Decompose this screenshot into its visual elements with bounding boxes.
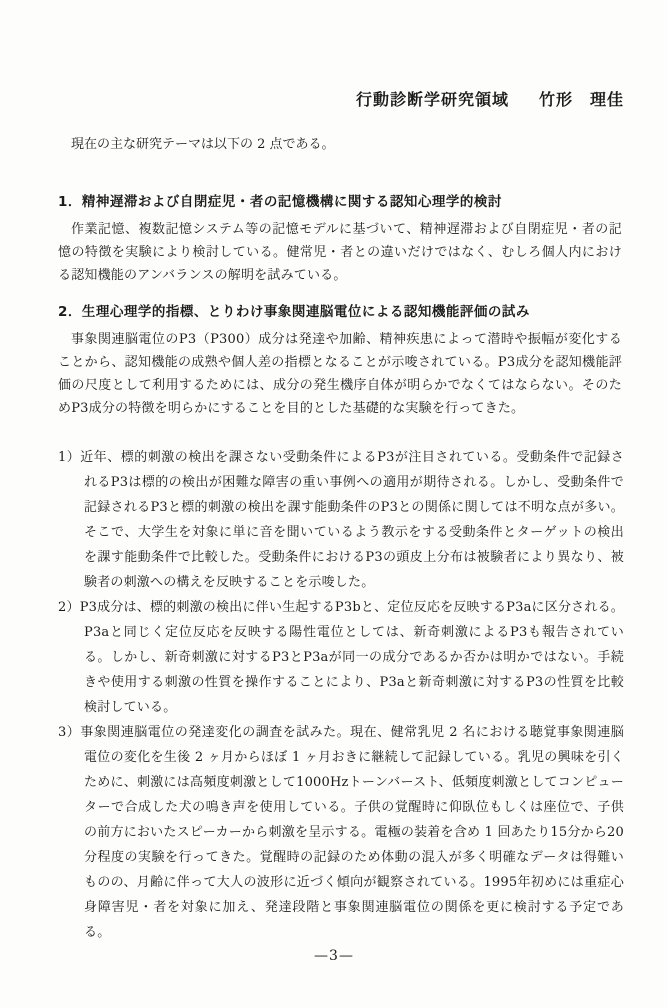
experiment-2-text: P3成分は、標的刺激の検出に伴い生起するP3bと、定位反応を反映するP3aに区分… <box>80 600 624 715</box>
page-number: —3— <box>0 948 668 964</box>
experiment-item-3: 3）事象関連脳電位の発達変化の調査を試みた。現在、健常乳児 2 名における聴覚事… <box>58 720 624 945</box>
document-header: 行動診断学研究領域竹形 理佳 <box>0 90 624 110</box>
experiment-item-1: 1）近年、標的刺激の検出を課さない受動条件によるP3が注目されている。受動条件で… <box>58 445 624 595</box>
document-page: 行動診断学研究領域竹形 理佳 現在の主な研究テーマは以下の 2 点である。 1．… <box>0 0 668 1008</box>
section-2-body: 事象関連脳電位のP3（P300）成分は発達や加齢、精神疾患によって潜時や振幅が変… <box>58 328 622 420</box>
experiment-1-text: 近年、標的刺激の検出を課さない受動条件によるP3が注目されている。受動条件で記録… <box>80 450 624 590</box>
intro-sentence: 現在の主な研究テーマは以下の 2 点である。 <box>58 135 622 155</box>
author-name: 竹形 理佳 <box>539 90 624 109</box>
experiment-item-2: 2）P3成分は、標的刺激の検出に伴い生起するP3bと、定位反応を反映するP3aに… <box>58 595 624 720</box>
experiment-2-marker: 2） <box>58 600 80 615</box>
section-2-heading: 2．生理心理学的指標、とりわけ事象関連脳電位による認知機能評価の試み <box>58 302 622 323</box>
affiliation-label: 行動診断学研究領域 <box>356 90 509 109</box>
experiment-1-marker: 1） <box>58 450 80 465</box>
experiment-list: 1）近年、標的刺激の検出を課さない受動条件によるP3が注目されている。受動条件で… <box>58 445 624 945</box>
experiment-3-marker: 3） <box>58 725 80 740</box>
section-1-heading: 1．精神遅滞および自閉症児・者の記憶機構に関する認知心理学的検討 <box>58 192 622 213</box>
section-erp-research: 2．生理心理学的指標、とりわけ事象関連脳電位による認知機能評価の試み 事象関連脳… <box>58 302 622 420</box>
section-memory-research: 1．精神遅滞および自閉症児・者の記憶機構に関する認知心理学的検討 作業記憶、複数… <box>58 192 622 287</box>
section-1-body: 作業記憶、複数記憶システム等の記憶モデルに基づいて、精神遅滞および自閉症児・者の… <box>58 218 622 287</box>
experiment-3-text: 事象関連脳電位の発達変化の調査を試みた。現在、健常乳児 2 名における聴覚事象関… <box>80 725 624 940</box>
